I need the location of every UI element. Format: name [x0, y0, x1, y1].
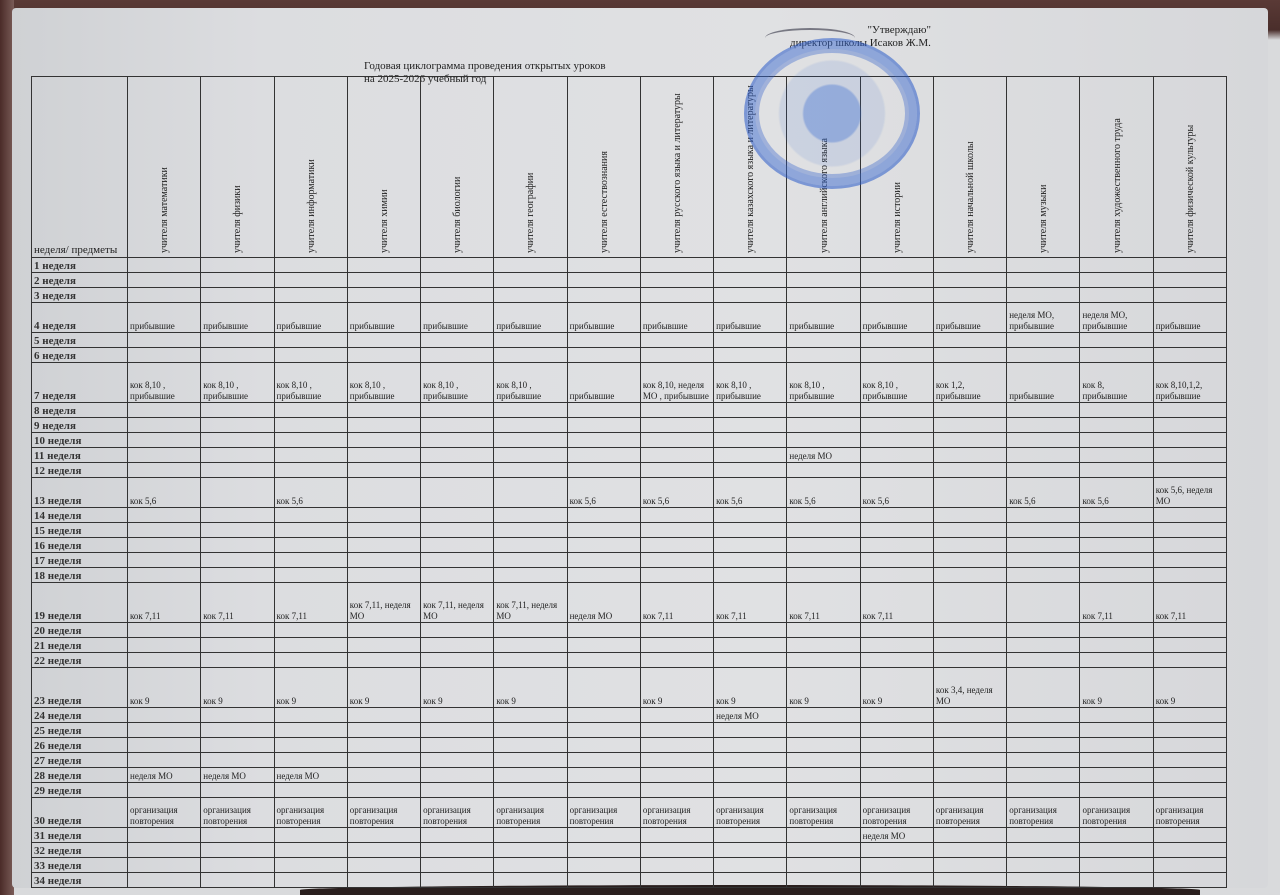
table-cell: [860, 553, 933, 568]
column-header-subject: учителя информатики: [274, 77, 347, 258]
table-cell: [1080, 653, 1153, 668]
table-cell: [787, 753, 860, 768]
subject-label: учителя физики: [232, 185, 243, 253]
table-cell: [714, 463, 787, 478]
table-cell: [274, 523, 347, 538]
table-cell: [1153, 723, 1226, 738]
table-row: 18 неделя: [32, 568, 1227, 583]
table-cell: [787, 843, 860, 858]
table-cell: [787, 418, 860, 433]
table-row: 2 неделя: [32, 273, 1227, 288]
table-cell: [1007, 858, 1080, 873]
table-cell: [1153, 623, 1226, 638]
table-cell: [787, 403, 860, 418]
table-cell: [128, 653, 201, 668]
table-cell: [274, 288, 347, 303]
column-header-subject: учителя начальной школы: [933, 77, 1006, 258]
column-header-subject: учителя физической культуры: [1153, 77, 1226, 258]
table-cell: кок 5,6: [714, 478, 787, 508]
week-label: 27 неделя: [32, 753, 128, 768]
table-cell: [860, 418, 933, 433]
table-cell: [640, 553, 713, 568]
table-cell: [1153, 523, 1226, 538]
table-cell: [567, 738, 640, 753]
table-cell: [1007, 708, 1080, 723]
table-cell: [347, 433, 420, 448]
table-cell: [860, 783, 933, 798]
table-cell: организация повторения: [860, 798, 933, 828]
table-cell: прибывшие: [201, 303, 274, 333]
column-header-subject: учителя английского языка: [787, 77, 860, 258]
table-cell: [714, 403, 787, 418]
table-cell: [421, 448, 494, 463]
table-cell: [1153, 463, 1226, 478]
table-cell: [421, 553, 494, 568]
subject-label: учителя химии: [379, 189, 390, 253]
table-cell: [1080, 738, 1153, 753]
table-cell: [347, 873, 420, 888]
table-cell: [494, 463, 567, 478]
table-cell: [860, 523, 933, 538]
approval-line-2: директор школы Исаков Ж.М.: [790, 37, 931, 50]
table-cell: [201, 738, 274, 753]
table-row: 16 неделя: [32, 538, 1227, 553]
table-cell: [494, 738, 567, 753]
table-cell: [274, 403, 347, 418]
table-cell: [933, 538, 1006, 553]
table-cell: [640, 258, 713, 273]
table-cell: [1080, 723, 1153, 738]
table-cell: [1080, 508, 1153, 523]
table-cell: [1080, 418, 1153, 433]
table-cell: [640, 448, 713, 463]
table-cell: [347, 523, 420, 538]
table-cell: [494, 873, 567, 888]
table-row: 22 неделя: [32, 653, 1227, 668]
table-cell: [347, 783, 420, 798]
week-label: 25 неделя: [32, 723, 128, 738]
table-cell: [128, 828, 201, 843]
table-cell: [860, 623, 933, 638]
table-cell: [274, 508, 347, 523]
table-cell: [567, 433, 640, 448]
table-cell: [567, 258, 640, 273]
table-cell: [1153, 333, 1226, 348]
table-row: 28 неделянеделя МОнеделя МОнеделя МО: [32, 768, 1227, 783]
table-cell: [1153, 653, 1226, 668]
table-cell: [1007, 783, 1080, 798]
table-cell: кок 9: [421, 668, 494, 708]
corner-header: неделя/ предметы: [32, 77, 128, 258]
table-cell: [347, 723, 420, 738]
subject-label: учителя математики: [159, 167, 170, 253]
table-cell: неделя МО: [567, 583, 640, 623]
table-cell: [640, 768, 713, 783]
table-cell: [347, 768, 420, 783]
table-cell: [494, 828, 567, 843]
table-cell: [933, 403, 1006, 418]
table-cell: [1153, 258, 1226, 273]
table-cell: [421, 738, 494, 753]
table-cell: [567, 828, 640, 843]
table-cell: [1007, 258, 1080, 273]
table-cell: [860, 288, 933, 303]
table-row: 23 неделякок 9кок 9кок 9кок 9кок 9кок 9к…: [32, 668, 1227, 708]
subject-label: учителя казахского языка и литературы: [745, 85, 756, 253]
week-label: 15 неделя: [32, 523, 128, 538]
week-label: 2 неделя: [32, 273, 128, 288]
table-cell: неделя МО: [274, 768, 347, 783]
table-cell: кок 9: [494, 668, 567, 708]
table-cell: [494, 653, 567, 668]
table-cell: [860, 768, 933, 783]
table-row: 20 неделя: [32, 623, 1227, 638]
table-row: 19 неделякок 7,11кок 7,11кок 7,11кок 7,1…: [32, 583, 1227, 623]
table-cell: [933, 418, 1006, 433]
table-cell: [274, 538, 347, 553]
table-cell: [860, 873, 933, 888]
table-cell: кок 9: [274, 668, 347, 708]
table-cell: [494, 348, 567, 363]
table-cell: [494, 538, 567, 553]
table-cell: [1080, 768, 1153, 783]
table-cell: [421, 568, 494, 583]
table-cell: [860, 538, 933, 553]
table-cell: неделя МО: [201, 768, 274, 783]
table-cell: [494, 723, 567, 738]
table-cell: кок 5,6: [1007, 478, 1080, 508]
table-cell: [421, 753, 494, 768]
table-cell: [274, 653, 347, 668]
table-cell: [201, 348, 274, 363]
table-cell: организация повторения: [567, 798, 640, 828]
table-cell: [201, 653, 274, 668]
table-cell: кок 5,6: [787, 478, 860, 508]
table-cell: [1007, 433, 1080, 448]
table-cell: прибывшие: [567, 303, 640, 333]
table-cell: [494, 273, 567, 288]
table-cell: [860, 508, 933, 523]
week-label: 30 неделя: [32, 798, 128, 828]
table-cell: [128, 348, 201, 363]
table-cell: [933, 448, 1006, 463]
table-cell: [421, 478, 494, 508]
table-cell: [933, 828, 1006, 843]
table-cell: [1153, 433, 1226, 448]
week-label: 23 неделя: [32, 668, 128, 708]
table-cell: [274, 348, 347, 363]
table-cell: [933, 653, 1006, 668]
table-cell: [567, 568, 640, 583]
table-cell: [1080, 873, 1153, 888]
table-cell: [860, 638, 933, 653]
table-cell: [1153, 348, 1226, 363]
table-cell: [274, 418, 347, 433]
table-cell: [1080, 568, 1153, 583]
table-row: 5 неделя: [32, 333, 1227, 348]
week-label: 8 неделя: [32, 403, 128, 418]
table-cell: [860, 858, 933, 873]
table-cell: [1080, 463, 1153, 478]
table-cell: [640, 523, 713, 538]
table-cell: неделя МО: [714, 708, 787, 723]
table-cell: [567, 288, 640, 303]
table-cell: [787, 873, 860, 888]
table-row: 14 неделя: [32, 508, 1227, 523]
column-header-subject: учителя художественного труда: [1080, 77, 1153, 258]
table-cell: [128, 708, 201, 723]
table-cell: [860, 738, 933, 753]
table-cell: [1007, 553, 1080, 568]
table-cell: [347, 508, 420, 523]
table-cell: [567, 668, 640, 708]
table-cell: [933, 708, 1006, 723]
table-cell: [201, 418, 274, 433]
subject-label: учителя географии: [525, 173, 536, 253]
table-cell: [860, 433, 933, 448]
table-cell: [274, 333, 347, 348]
table-row: 11 неделянеделя МО: [32, 448, 1227, 463]
table-cell: [933, 723, 1006, 738]
table-cell: [1007, 568, 1080, 583]
table-row: 32 неделя: [32, 843, 1227, 858]
table-cell: кок 7,11, неделя МО: [494, 583, 567, 623]
table-cell: [860, 653, 933, 668]
table-cell: [201, 723, 274, 738]
table-cell: [201, 258, 274, 273]
table-cell: [567, 538, 640, 553]
table-cell: [1080, 828, 1153, 843]
table-cell: [640, 273, 713, 288]
table-cell: неделя МО: [787, 448, 860, 463]
table-cell: [567, 638, 640, 653]
table-cell: [494, 333, 567, 348]
table-cell: [567, 843, 640, 858]
table-cell: [640, 753, 713, 768]
table-row: 33 неделя: [32, 858, 1227, 873]
table-cell: [860, 463, 933, 478]
table-cell: [201, 858, 274, 873]
table-cell: [201, 828, 274, 843]
table-cell: [1080, 448, 1153, 463]
table-cell: [640, 638, 713, 653]
table-cell: [640, 333, 713, 348]
table-cell: [714, 568, 787, 583]
table-cell: [1007, 288, 1080, 303]
table-cell: [128, 553, 201, 568]
table-cell: кок 7,11: [640, 583, 713, 623]
table-cell: [933, 783, 1006, 798]
table-cell: [640, 433, 713, 448]
table-cell: [787, 273, 860, 288]
table-cell: [347, 463, 420, 478]
table-cell: [274, 273, 347, 288]
subject-label: учителя естествознания: [599, 151, 610, 253]
subject-label: учителя физической культуры: [1185, 125, 1196, 253]
table-cell: [421, 708, 494, 723]
table-cell: кок 7,11, неделя МО: [421, 583, 494, 623]
table-cell: кок 8,10 , прибывшие: [714, 363, 787, 403]
table-cell: [494, 523, 567, 538]
table-cell: [347, 738, 420, 753]
column-header-subject: учителя физики: [201, 77, 274, 258]
table-cell: организация повторения: [933, 798, 1006, 828]
table-cell: [128, 258, 201, 273]
table-cell: [1153, 403, 1226, 418]
table-cell: [1007, 653, 1080, 668]
table-row: 7 неделякок 8,10 , прибывшиекок 8,10 , п…: [32, 363, 1227, 403]
table-cell: [640, 708, 713, 723]
table-row: 26 неделя: [32, 738, 1227, 753]
table-cell: [714, 348, 787, 363]
table-cell: [494, 768, 567, 783]
table-cell: [421, 523, 494, 538]
table-cell: [128, 448, 201, 463]
table-cell: [274, 738, 347, 753]
table-cell: [201, 638, 274, 653]
table-cell: [421, 418, 494, 433]
table-cell: [1153, 508, 1226, 523]
table-cell: [347, 448, 420, 463]
table-cell: [347, 273, 420, 288]
table-cell: [933, 433, 1006, 448]
table-cell: [274, 723, 347, 738]
table-cell: [714, 723, 787, 738]
table-cell: [1007, 623, 1080, 638]
table-cell: [1153, 538, 1226, 553]
table-row: 4 неделяприбывшиеприбывшиеприбывшиеприбы…: [32, 303, 1227, 333]
table-cell: [201, 523, 274, 538]
table-cell: [1080, 753, 1153, 768]
week-label: 6 неделя: [32, 348, 128, 363]
table-cell: [860, 843, 933, 858]
table-cell: [567, 523, 640, 538]
table-cell: [714, 288, 787, 303]
table-cell: [201, 568, 274, 583]
table-cell: [567, 463, 640, 478]
table-cell: [1007, 403, 1080, 418]
table-cell: [274, 448, 347, 463]
table-cell: [201, 463, 274, 478]
table-cell: [128, 783, 201, 798]
table-cell: [274, 873, 347, 888]
table-cell: кок 5,6, неделя МО: [1153, 478, 1226, 508]
table-cell: прибывшие: [787, 303, 860, 333]
week-label: 17 неделя: [32, 553, 128, 568]
table-cell: [421, 258, 494, 273]
table-cell: [421, 403, 494, 418]
table-cell: [347, 653, 420, 668]
table-cell: [714, 448, 787, 463]
table-cell: [640, 858, 713, 873]
table-cell: [274, 843, 347, 858]
week-label: 28 неделя: [32, 768, 128, 783]
table-cell: [640, 288, 713, 303]
table-row: 21 неделя: [32, 638, 1227, 653]
column-header-subject: учителя биологии: [421, 77, 494, 258]
table-cell: кок 5,6: [567, 478, 640, 508]
table-cell: [1007, 448, 1080, 463]
table-cell: [860, 403, 933, 418]
table-cell: [128, 623, 201, 638]
table-cell: [128, 638, 201, 653]
table-cell: кок 7,11: [128, 583, 201, 623]
table-cell: кок 5,6: [274, 478, 347, 508]
table-row: 1 неделя: [32, 258, 1227, 273]
header-row: неделя/ предметы учителя математикиучите…: [32, 77, 1227, 258]
table-cell: [714, 858, 787, 873]
table-cell: [787, 553, 860, 568]
table-cell: [933, 623, 1006, 638]
table-cell: [567, 508, 640, 523]
table-cell: [421, 463, 494, 478]
table-cell: [201, 508, 274, 523]
table-cell: [1153, 858, 1226, 873]
table-cell: [128, 288, 201, 303]
table-cell: [1153, 768, 1226, 783]
table-cell: [347, 478, 420, 508]
table-cell: [128, 508, 201, 523]
table-cell: кок 7,11: [860, 583, 933, 623]
table-cell: [1007, 638, 1080, 653]
subject-label: учителя истории: [892, 182, 903, 253]
table-cell: [714, 753, 787, 768]
table-cell: [201, 478, 274, 508]
table-cell: [933, 858, 1006, 873]
table-cell: [640, 738, 713, 753]
table-cell: [860, 723, 933, 738]
table-cell: организация повторения: [1007, 798, 1080, 828]
table-cell: [201, 553, 274, 568]
table-row: 34 неделя: [32, 873, 1227, 888]
table-cell: [860, 273, 933, 288]
table-cell: [933, 843, 1006, 858]
table-cell: [201, 433, 274, 448]
table-cell: [1007, 843, 1080, 858]
week-label: 5 неделя: [32, 333, 128, 348]
table-cell: кок 7,11: [787, 583, 860, 623]
table-cell: [933, 638, 1006, 653]
table-cell: кок 9: [860, 668, 933, 708]
table-cell: [201, 753, 274, 768]
title-line-1: Годовая циклограмма проведения открытых …: [364, 60, 606, 73]
table-cell: [421, 858, 494, 873]
table-cell: [787, 523, 860, 538]
table-cell: [421, 828, 494, 843]
table-cell: [421, 653, 494, 668]
table-cell: [787, 508, 860, 523]
table-cell: [347, 418, 420, 433]
table-cell: кок 9: [787, 668, 860, 708]
table-cell: прибывшие: [933, 303, 1006, 333]
table-cell: [347, 843, 420, 858]
table-cell: [128, 843, 201, 858]
approval-block: "Утверждаю" директор школы Исаков Ж.М.: [860, 24, 931, 50]
table-cell: [567, 333, 640, 348]
table-cell: кок 9: [201, 668, 274, 708]
table-cell: [1007, 828, 1080, 843]
table-cell: [347, 708, 420, 723]
table-cell: организация повторения: [1080, 798, 1153, 828]
table-cell: кок 9: [1153, 668, 1226, 708]
table-cell: [494, 638, 567, 653]
table-cell: [567, 418, 640, 433]
table-cell: кок 7,11: [274, 583, 347, 623]
table-cell: [1080, 858, 1153, 873]
subject-label: учителя музыки: [1038, 185, 1049, 254]
column-header-subject: учителя математики: [128, 77, 201, 258]
week-label: 34 неделя: [32, 873, 128, 888]
